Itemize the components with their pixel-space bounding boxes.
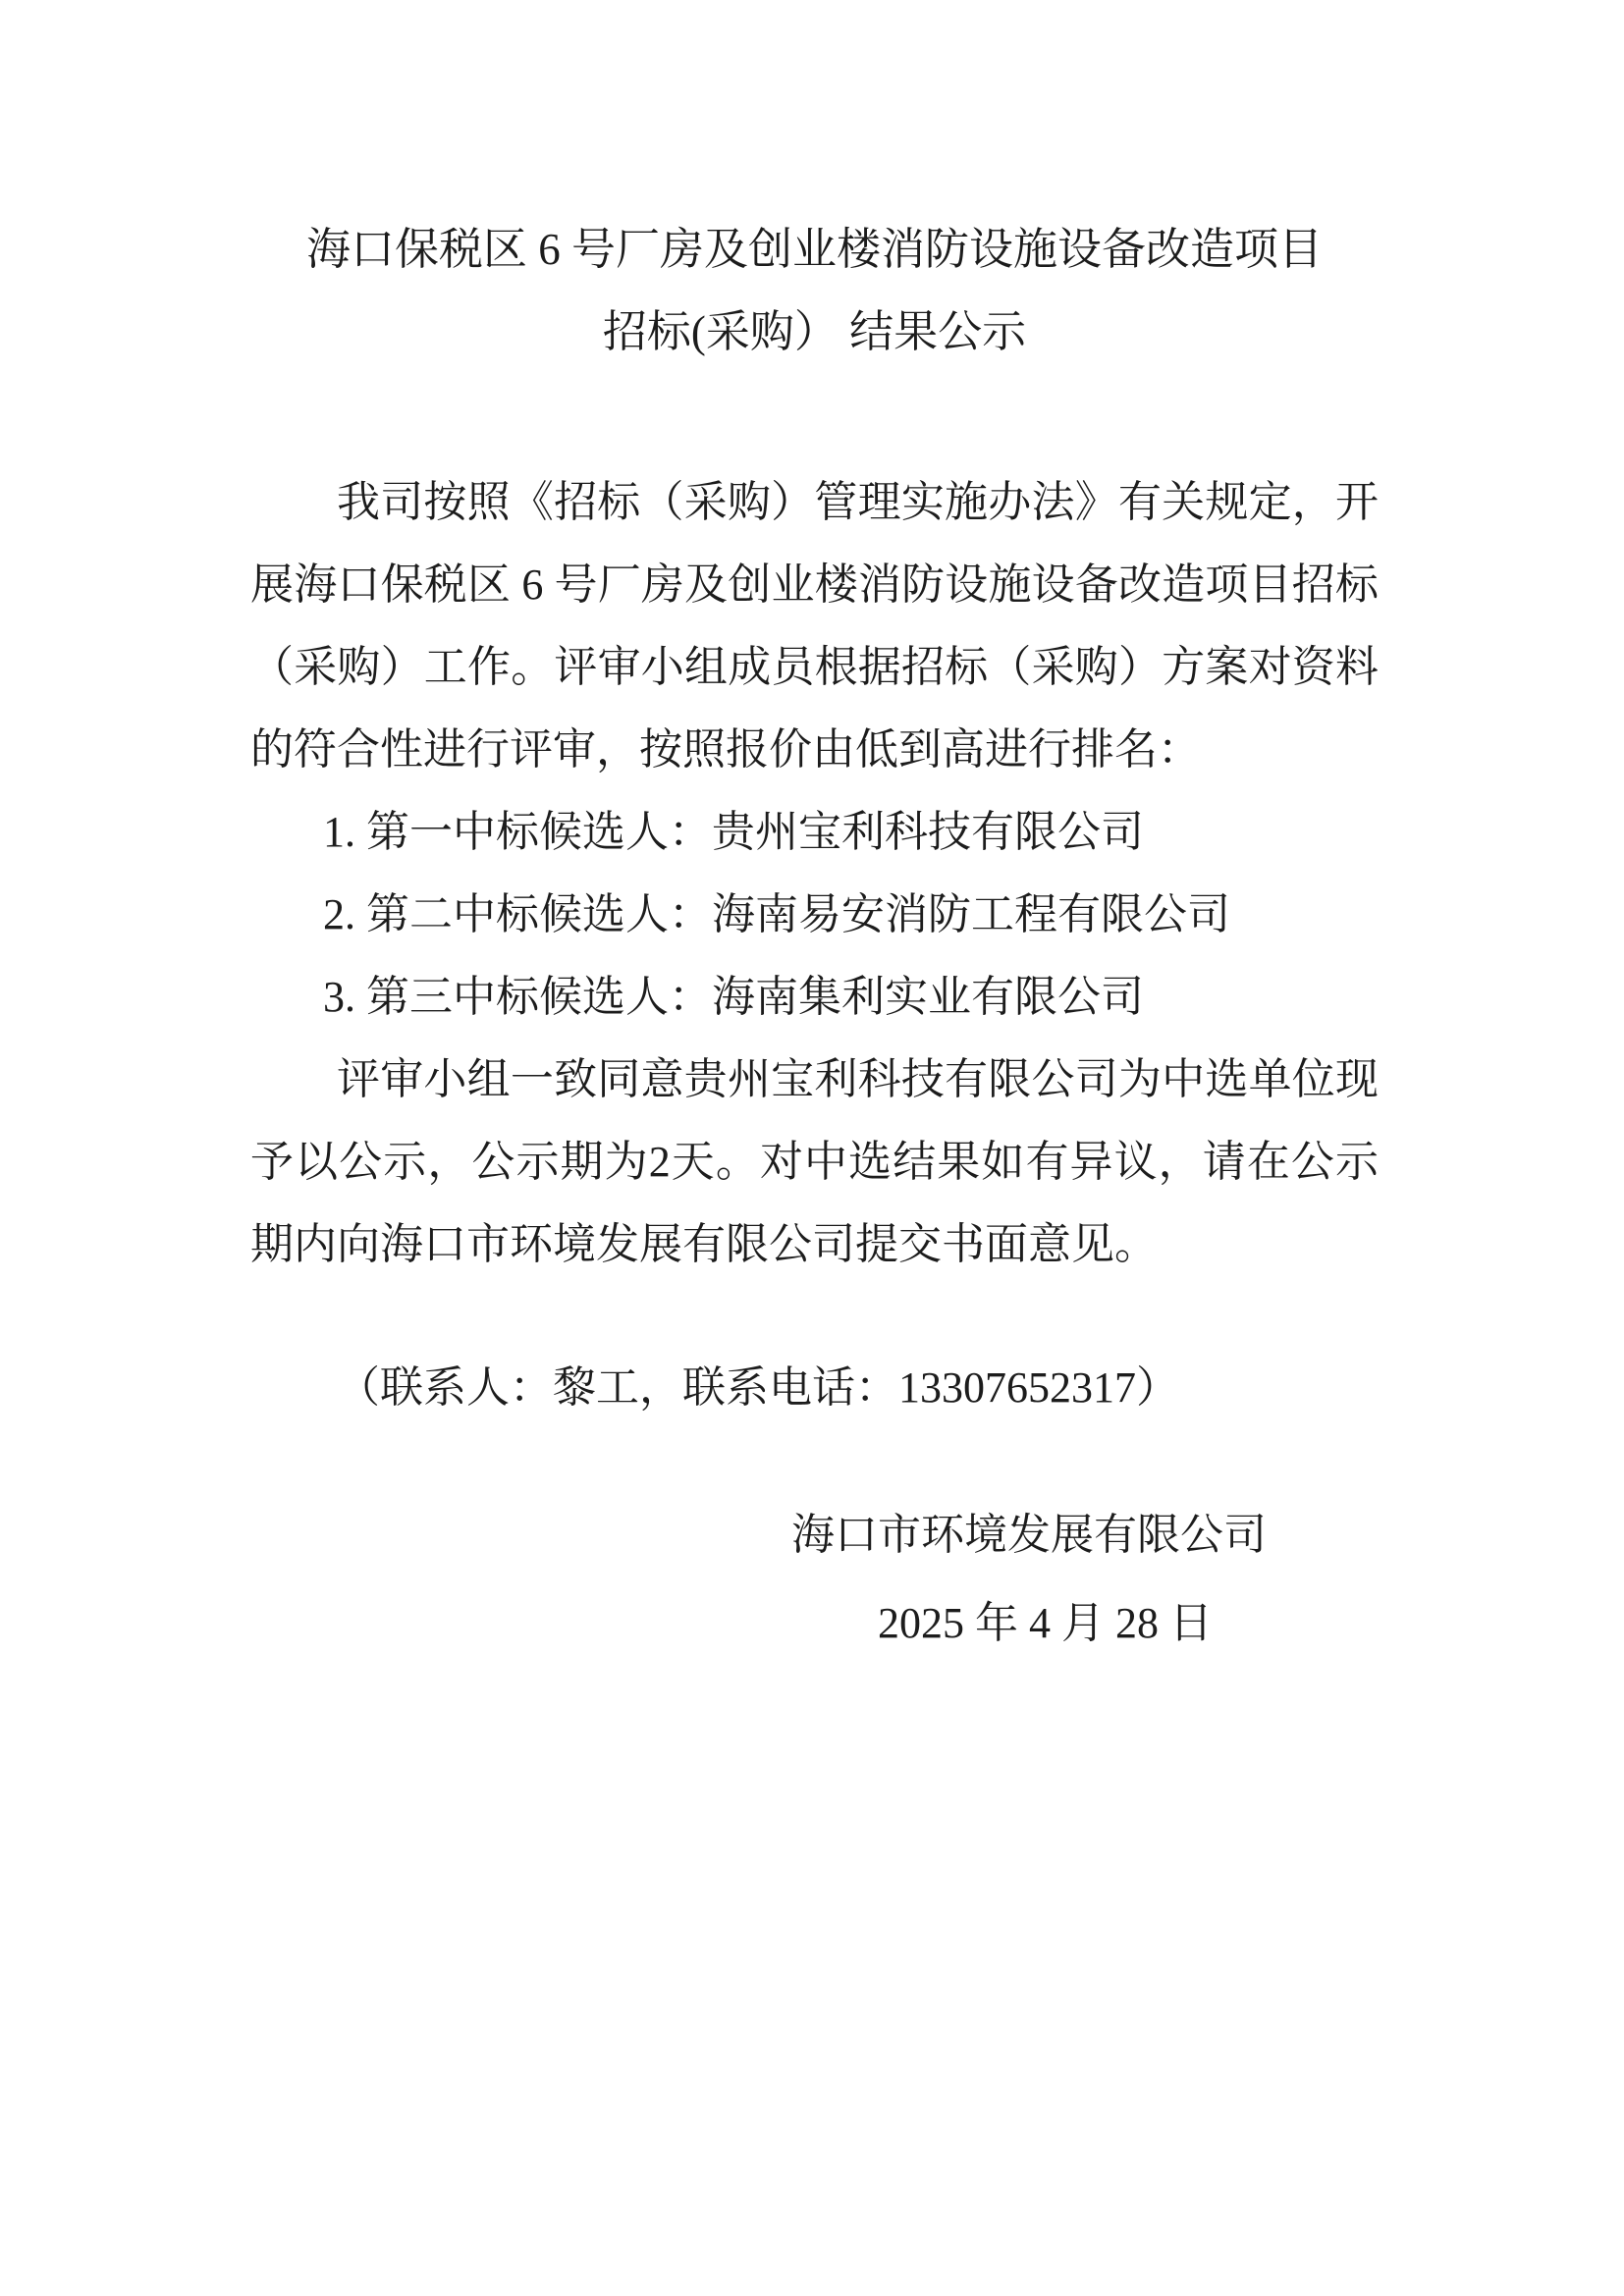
candidate-item-1: 1. 第一中标候选人：贵州宝利科技有限公司 <box>250 791 1379 874</box>
document-title-line1: 海口保税区 6 号厂房及创业楼消防设施设备改造项目 <box>250 208 1379 291</box>
paragraph2-line: 期内向海口市环境发展有限公司提交书面意见。 <box>250 1203 1379 1286</box>
paragraph1-line: 展海口保税区 6 号厂房及创业楼消防设施设备改造项目招标 <box>250 544 1379 626</box>
candidate-item-3: 3. 第三中标候选人：海南集利实业有限公司 <box>250 956 1379 1039</box>
paragraph2-line: 评审小组一致同意贵州宝利科技有限公司为中选单位现 <box>250 1039 1379 1121</box>
signature-company: 海口市环境发展有限公司 <box>250 1494 1379 1576</box>
paragraph1-line: 我司按照《招标（采购）管理实施办法》有关规定，开 <box>250 461 1379 544</box>
signature-date: 2025 年 4 月 28 日 <box>250 1582 1379 1665</box>
contact-line: （联系人：黎工，联系电话：13307652317） <box>250 1347 1379 1429</box>
candidate-item-2: 2. 第二中标候选人：海南易安消防工程有限公司 <box>250 874 1379 956</box>
document-content: 海口保税区 6 号厂房及创业楼消防设施设备改造项目 招标(采购） 结果公示 我司… <box>0 0 1624 1665</box>
paragraph2-line: 予以公示，公示期为2天。对中选结果如有异议，请在公示 <box>250 1121 1379 1203</box>
paragraph1-line: 的符合性进行评审，按照报价由低到高进行排名： <box>250 709 1379 791</box>
document-page: 海口保税区 6 号厂房及创业楼消防设施设备改造项目 招标(采购） 结果公示 我司… <box>0 0 1624 2296</box>
document-title-line2: 招标(采购） 结果公示 <box>250 291 1379 373</box>
paragraph1-line: （采购）工作。评审小组成员根据招标（采购）方案对资料 <box>250 626 1379 709</box>
